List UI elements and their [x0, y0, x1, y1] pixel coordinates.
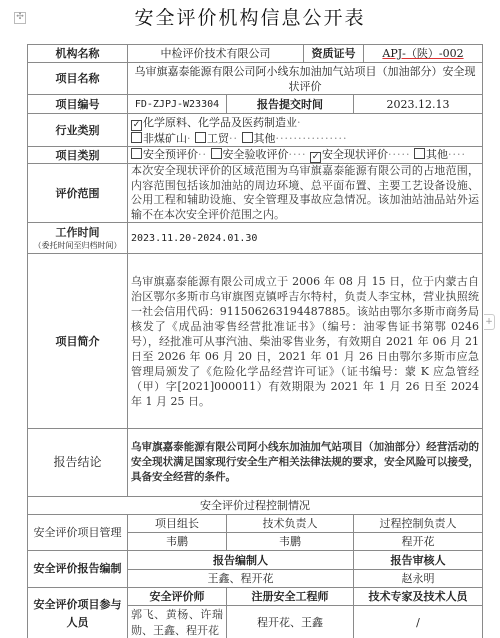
page-title: 安全评价机构信息公开表 — [0, 3, 500, 30]
mgmt-value-leader: 韦鹏 — [128, 533, 227, 551]
project-name-value: 乌审旗嘉泰能源有限公司阿小线东加油加气站项目（加油部分）安全现状评价 — [128, 63, 483, 95]
intro-value: 乌审旗嘉泰能源有限公司成立于 2006 年 08 月 15 日，位于内蒙古自治区… — [128, 254, 483, 429]
mgmt-value-tech: 韦鹏 — [227, 533, 354, 551]
report-value-author: 王鑫、程开花 — [128, 570, 354, 588]
project-name-label: 项目名称 — [28, 63, 128, 95]
industry-option-label: 其他 — [254, 132, 276, 145]
org-name-label: 机构名称 — [28, 45, 128, 63]
process-header: 安全评价过程控制情况 — [28, 497, 483, 515]
type-checkbox-pre[interactable] — [131, 148, 142, 159]
mgmt-value-process: 程开花 — [354, 533, 483, 551]
industry-checkbox-mining[interactable] — [131, 132, 142, 143]
work-time-title: 工作时间 — [56, 226, 100, 239]
project-type-options: 安全预评价·· 安全验收评价···· ✓安全现状评价····· 其他···· — [128, 147, 483, 164]
type-checkbox-acceptance[interactable] — [211, 148, 222, 159]
part-header-experts: 技术专家及技术人员 — [354, 588, 483, 606]
management-label: 安全评价项目管理 — [28, 515, 128, 551]
scope-label: 评价范围 — [28, 164, 128, 223]
submit-time-label: 报告提交时间 — [227, 95, 354, 114]
industry-checkbox-chemical[interactable]: ✓ — [131, 120, 142, 131]
project-type-label: 项目类别 — [28, 147, 128, 164]
intro-label: 项目简介 — [28, 254, 128, 429]
industry-label: 行业类别 — [28, 114, 128, 147]
report-value-reviewer: 赵永明 — [354, 570, 483, 588]
part-header-evaluator: 安全评价师 — [128, 588, 227, 606]
report-header-author: 报告编制人 — [128, 551, 354, 570]
part-value-engineer: 程开花、王鑫 — [227, 606, 354, 638]
conclusion-value: 乌审旗嘉泰能源有限公司阿小线东加油加气站项目（加油部分）经营活动的安全现状满足国… — [128, 429, 483, 497]
mgmt-header-tech: 技术负责人 — [227, 515, 354, 533]
report-header-reviewer: 报告审核人 — [354, 551, 483, 570]
participants-label: 安全评价项目参与人员 — [28, 588, 128, 638]
cert-no-text: APJ-（陕）-002 — [382, 47, 463, 60]
mgmt-header-leader: 项目组长 — [128, 515, 227, 533]
project-no-label: 项目编号 — [28, 95, 128, 114]
part-header-engineer: 注册安全工程师 — [227, 588, 354, 606]
industry-option-label: 非煤矿山 — [143, 132, 187, 145]
cert-no-value: APJ-（陕）-002 — [364, 45, 483, 63]
project-no-value: FD-ZJPJ-W23304 — [128, 95, 227, 114]
org-name-value: 中检评价技术有限公司 — [128, 45, 304, 63]
work-time-value: 2023.11.20-2024.01.30 — [128, 223, 483, 254]
industry-option-label: 工贸 — [207, 132, 229, 145]
type-checkbox-status[interactable]: ✓ — [310, 152, 321, 163]
mgmt-header-process: 过程控制负责人 — [354, 515, 483, 533]
industry-checkbox-trade[interactable] — [195, 132, 206, 143]
table-move-handle-icon[interactable]: ✣ — [14, 12, 26, 24]
industry-option-label: 化学原料、化学品及医药制造业 — [143, 116, 297, 129]
work-time-sublabel: （委托时间至归档时间） — [31, 240, 124, 251]
type-option-label: 其他 — [426, 148, 448, 161]
info-table: 机构名称 中检评价技术有限公司 资质证号 APJ-（陕）-002 项目名称 乌审… — [27, 44, 483, 638]
industry-checkbox-other[interactable] — [242, 132, 253, 143]
type-option-label: 安全现状评价 — [322, 148, 388, 161]
part-value-experts: / — [354, 606, 483, 638]
report-label: 安全评价报告编制 — [28, 551, 128, 588]
conclusion-label: 报告结论 — [28, 429, 128, 497]
industry-options: ✓化学原料、化学品及医药制造业· 非煤矿山· 工贸·· 其他··········… — [128, 114, 483, 147]
scope-value: 本次安全现状评价的区域范围为乌审旗嘉泰能源有限公司的占地范围，内容范围包括该加油… — [128, 164, 483, 223]
type-option-label: 安全预评价 — [143, 148, 198, 161]
type-checkbox-other[interactable] — [414, 148, 425, 159]
submit-time-value: 2023.12.13 — [354, 95, 483, 114]
type-option-label: 安全验收评价 — [223, 148, 289, 161]
cert-no-label: 资质证号 — [304, 45, 364, 63]
part-value-evaluator: 郭飞、黄杨、许瑞勋、王鑫、程开花 — [128, 606, 227, 638]
work-time-label: 工作时间 （委托时间至归档时间） — [28, 223, 128, 254]
add-row-icon[interactable]: + — [484, 314, 495, 330]
